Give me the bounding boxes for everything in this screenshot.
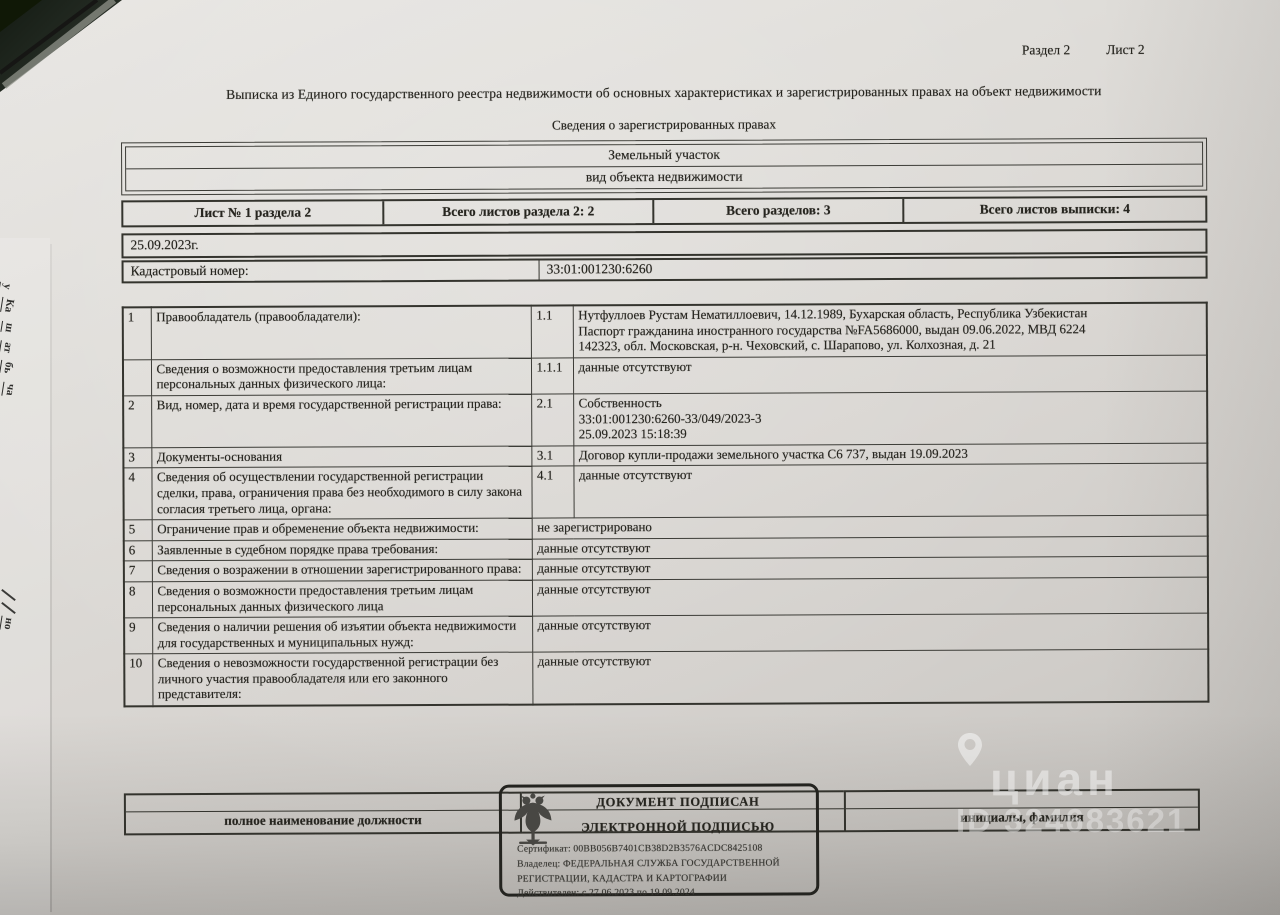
table-cell-val: Собственность 33:01:001230:6260-33/049/2… — [573, 391, 1207, 446]
sheet-info-cell: Всего разделов: 3 — [654, 199, 904, 223]
stamp-owner-line1: Владелец: ФЕДЕРАЛЬНАЯ СЛУЖБА ГОСУДАРСТВЕ… — [517, 857, 816, 869]
table-cell-label: Сведения о возражении в отношении зареги… — [152, 559, 532, 581]
name-empty-row — [846, 791, 1198, 810]
position-box: полное наименование должности — [124, 792, 522, 836]
cadastral-row: Кадастровый номер: 33:01:001230:6260 — [122, 256, 1208, 284]
table-cell-num — [123, 360, 151, 396]
table-cell-label: Вид, номер, дата и время государственной… — [151, 394, 531, 447]
table-cell-label: Правообладатель (правообладатели): — [151, 306, 531, 360]
table-cell-val: данные отсутствуют — [532, 556, 1208, 580]
sheet-edge-line — [50, 244, 52, 912]
rights-table-body: 1Правообладатель (правообладатели):1.1Ну… — [123, 303, 1209, 707]
table-cell-label: Сведения о возможности предоставления тр… — [151, 358, 531, 396]
sheet-info-cell: Лист № 1 раздела 2 — [123, 201, 384, 225]
sheet-info-row: Лист № 1 раздела 2 Всего листов раздела … — [121, 196, 1207, 228]
edge-text-fragment: Ка — [0, 297, 15, 314]
edge-text-fragment: бь — [0, 360, 14, 375]
table-cell-num: 3 — [123, 447, 151, 468]
rights-table: 1Правообладатель (правообладатели):1.1Ну… — [122, 302, 1210, 708]
name-caption: инициалы, фамилия — [846, 808, 1198, 831]
table-row: Сведения о возможности предоставления тр… — [123, 355, 1207, 396]
table-row: 10Сведения о невозможности государственн… — [124, 649, 1208, 706]
page-header-meta: Раздел 2Лист 2 — [121, 42, 1145, 62]
position-caption: полное наименование должности — [126, 811, 520, 834]
table-cell-val: данные отсутствуют — [532, 649, 1208, 704]
object-type-box: Земельный участок вид объекта недвижимос… — [121, 138, 1207, 196]
table-row: 8Сведения о возможности предоставления т… — [124, 577, 1208, 618]
table-cell-label: Сведения об осуществлении государственно… — [151, 466, 531, 519]
table-cell-val: не зарегистрировано — [532, 515, 1208, 539]
table-cell-num: 4 — [123, 468, 151, 520]
table-row: 4Сведения об осуществлении государственн… — [123, 463, 1207, 520]
object-type-caption: вид объекта недвижимости — [126, 164, 1202, 191]
table-cell-val: Договор купли-продажи земельного участка… — [573, 443, 1207, 466]
sheet-label: Лист 2 — [1106, 42, 1144, 57]
table-cell-label: Заявленные в судебном порядке права треб… — [152, 539, 532, 561]
edge-text-fragment: ш — [0, 321, 15, 334]
table-cell-val: данные отсутствуют — [573, 463, 1207, 518]
signature-section: полное наименование должности инициалы, … — [124, 789, 1211, 915]
name-box: инициалы, фамилия — [844, 789, 1200, 833]
sheet-info-cell: Всего листов раздела 2: 2 — [384, 200, 654, 224]
cadastral-number: 33:01:001230:6260 — [539, 258, 1206, 280]
edge-text-fragment: ча — [1, 382, 16, 398]
table-cell-num: 5 — [124, 520, 152, 541]
table-cell-sub: 1.1 — [531, 305, 573, 357]
table-row: 9Сведения о наличии решения об изъятии о… — [124, 613, 1208, 654]
table-cell-sub: 3.1 — [531, 446, 573, 467]
sheet-info-cell: Всего листов выписки: 4 — [904, 198, 1205, 222]
document-subtitle: Сведения о зарегистрированных правах — [121, 115, 1207, 136]
edge-text-fragment: ат — [0, 340, 14, 355]
position-empty-row — [126, 794, 520, 813]
cadastral-label: Кадастровый номер: — [124, 261, 539, 282]
table-cell-label: Документы-основания — [151, 446, 531, 468]
table-cell-val: данные отсутствуют — [532, 613, 1208, 652]
digital-signature-stamp: ДОКУМЕНТ ПОДПИСАН ЭЛЕКТРОННОЙ ПОДПИСЬЮ С… — [499, 783, 819, 896]
table-cell-sub: 2.1 — [531, 394, 573, 446]
table-cell-num: 6 — [124, 540, 152, 561]
table-cell-label: Ограничение прав и обременение объекта н… — [152, 518, 532, 540]
table-cell-val: данные отсутствуют — [532, 536, 1208, 560]
rosreestr-eagle-emblem-icon — [513, 792, 553, 846]
section-label: Раздел 2 — [1022, 42, 1070, 57]
table-cell-num: 10 — [124, 654, 152, 706]
table-cell-val: данные отсутствуют — [573, 355, 1207, 394]
table-cell-val: Нутфуллоев Рустам Нематиллоевич, 14.12.1… — [573, 303, 1207, 358]
document-page: Раздел 2Лист 2 Выписка из Единого госуда… — [120, 0, 1210, 915]
table-cell-num: 2 — [123, 396, 151, 448]
scanned-document-photo: уКашатбьчано Раздел 2Лист 2 Выписка из Е… — [0, 0, 1280, 915]
table-cell-label: Сведения о возможности предоставления тр… — [152, 580, 532, 618]
table-cell-num: 1 — [123, 307, 151, 359]
stamp-validity: Действителен: с 27.06.2023 по 19.09.2024 — [517, 886, 816, 898]
table-cell-num: 8 — [124, 582, 152, 618]
table-row: 2Вид, номер, дата и время государственно… — [123, 391, 1207, 448]
table-row: 1Правообладатель (правообладатели):1.1Ну… — [123, 303, 1207, 360]
table-cell-num: 7 — [124, 561, 152, 582]
table-cell-sub: 1.1.1 — [531, 358, 573, 394]
table-cell-val: данные отсутствуют — [532, 577, 1208, 616]
table-cell-label: Сведения о наличии решения об изъятии об… — [152, 616, 532, 654]
extract-date: 25.09.2023г. — [121, 229, 1207, 259]
table-cell-num: 9 — [124, 618, 152, 654]
stamp-certificate: Сертификат: 00BB056B7401CB38D2B3576ACDC8… — [517, 842, 816, 854]
document-title: Выписка из Единого государственного реес… — [121, 83, 1207, 104]
edge-text-fragment: у — [0, 282, 13, 291]
table-cell-label: Сведения о невозможности государственной… — [152, 652, 532, 706]
edge-text-fragment: но — [0, 616, 14, 632]
stamp-owner-line2: РЕГИСТРАЦИИ, КАДАСТРА И КАРТОГРАФИИ — [517, 872, 816, 884]
table-cell-sub: 4.1 — [531, 466, 573, 518]
underlying-sheet — [0, 238, 50, 915]
